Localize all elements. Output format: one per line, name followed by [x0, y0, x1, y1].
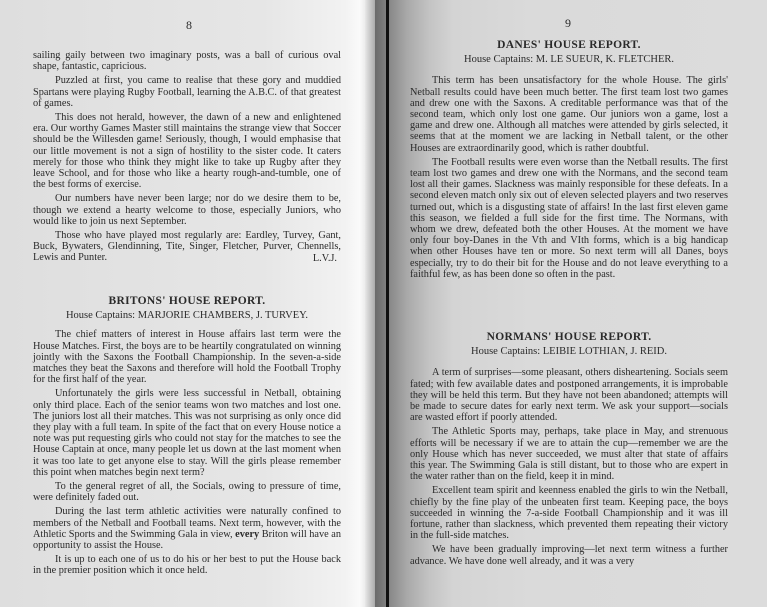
right-page: 9 DANES' HOUSE REPORT. House Captains: M…: [375, 0, 767, 607]
paragraph: The Athletic Sports may, perhaps, take p…: [410, 426, 728, 482]
paragraph: During the last term athletic activities…: [33, 506, 341, 551]
emphasis-word: every: [235, 529, 259, 540]
britons-house-report: BRITONS' HOUSE REPORT. House Captains: M…: [33, 296, 341, 580]
paragraph: To the general regret of all, the Social…: [33, 481, 341, 503]
page-number: 9: [565, 16, 571, 31]
paragraph: This term has been unsatisfactory for th…: [410, 75, 728, 153]
danes-house-report: DANES' HOUSE REPORT. House Captains: M. …: [410, 40, 728, 283]
paragraph: Our numbers have never been large; nor d…: [33, 193, 341, 227]
paragraph: This does not herald, however, the dawn …: [33, 112, 341, 190]
paragraph: Puzzled at first, you came to realise th…: [33, 75, 341, 109]
paragraph: sailing gaily between two imaginary post…: [33, 50, 341, 72]
page-number: 8: [186, 18, 192, 33]
paragraph: Excellent team spirit and keenness enabl…: [410, 485, 728, 541]
paragraph: It is up to each one of us to do his or …: [33, 554, 341, 576]
section-heading: DANES' HOUSE REPORT.: [410, 40, 728, 51]
book-spine-line: [386, 0, 389, 607]
normans-house-report: NORMANS' HOUSE REPORT. House Captains: L…: [410, 332, 728, 570]
paragraph: The chief matters of interest in House a…: [33, 329, 341, 385]
section-heading: NORMANS' HOUSE REPORT.: [410, 332, 728, 343]
left-page: 8 sailing gaily between two imaginary po…: [0, 0, 375, 607]
house-captains: House Captains: MARJORIE CHAMBERS, J. TU…: [33, 310, 341, 321]
house-captains: House Captains: LEIBIE LOTHIAN, J. REID.: [410, 346, 728, 357]
rugby-article-continuation: sailing gaily between two imaginary post…: [33, 50, 341, 264]
paragraph: We have been gradually improving—let nex…: [410, 544, 728, 566]
paragraph: The Football results were even worse tha…: [410, 157, 728, 280]
paragraph: A term of surprises—some pleasant, other…: [410, 367, 728, 423]
house-captains: House Captains: M. LE SUEUR, K. FLETCHER…: [410, 54, 728, 65]
paragraph: Unfortunately the girls were less succes…: [33, 388, 341, 478]
section-heading: BRITONS' HOUSE REPORT.: [33, 296, 341, 307]
